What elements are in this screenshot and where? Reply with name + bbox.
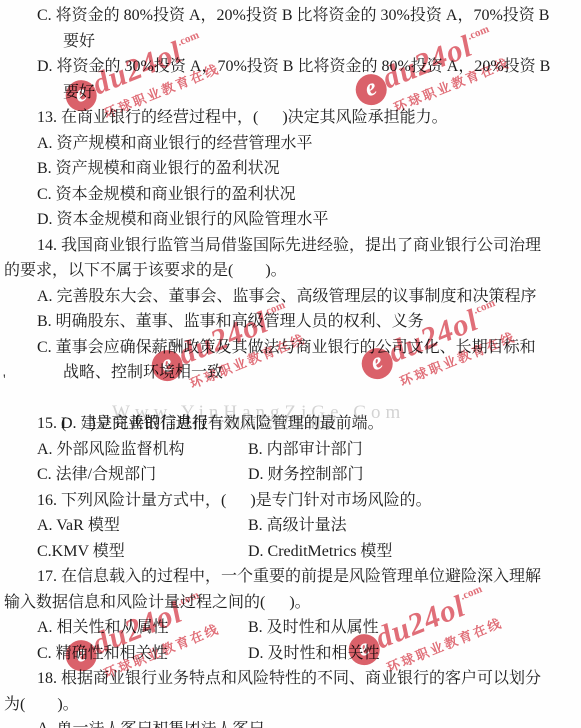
- option-line: C. 法律/合规部门: [37, 462, 156, 488]
- option-line: D. 将资金的 30%投资 A，70%投资 B 比将资金的 80%投资 A，20…: [0, 54, 578, 80]
- question-line: 18. 根据商业银行业务特点和风险特性的不同、商业银行的客户可以划分: [0, 666, 578, 692]
- option-row: C.KMV 模型 D. CreditMetrics 模型: [0, 539, 578, 565]
- option-line: C. 将资金的 80%投资 A，20%投资 B 比将资金的 30%投资 A，70…: [0, 3, 578, 29]
- question-line: 15. ( )是商业银行进行有效风险管理的最前端。: [0, 411, 578, 437]
- exam-text-block: C. 将资金的 80%投资 A，20%投资 B 比将资金的 30%投资 A，70…: [0, 3, 578, 717]
- option-line: C. 精确性和相关性: [37, 641, 168, 667]
- option-line: B. 高级计量法: [248, 513, 347, 539]
- exam-page: Www.YinHangZiGe.Com C. 将资金的 80%投资 A，20%投…: [0, 0, 581, 728]
- continuation-line: 输入数据信息和风险计量过程之间的( )。: [0, 590, 578, 616]
- option-line: D. 资本金规模和商业银行的风险管理水平: [0, 207, 578, 233]
- option-line: B. 明确股东、董事、监事和高级管理人员的权利、义务: [0, 309, 578, 335]
- option-line: D. 及时性和相关性: [248, 641, 380, 667]
- stray-mark: ': [3, 372, 6, 389]
- clipped-bottom-line: A. 单一法人客户和集团法人客户: [37, 721, 265, 728]
- continuation-line: 的要求，以下不属于该要求的是( )。: [0, 258, 578, 284]
- option-line: D. CreditMetrics 模型: [248, 539, 392, 565]
- question-line: 16. 下列风险计量方式中，( )是专门针对市场风险的。: [0, 488, 578, 514]
- question-line: 17. 在信息载入的过程中，一个重要的前提是风险管理单位避险深入理解: [0, 564, 578, 590]
- option-row: A. 外部风险监督机构 B. 内部审计部门: [0, 437, 578, 463]
- option-row: A. VaR 模型 B. 高级计量法: [0, 513, 578, 539]
- option-line: C. 董事会应确保薪酬政策及其做法与商业银行的公司文化、长期目标和: [0, 335, 578, 361]
- option-line: A. 外部风险监督机构: [37, 437, 185, 463]
- continuation-line: 战略、控制环境相一致: [0, 360, 578, 386]
- option-line: D. 建立完善的信息报告和信息披露制度: [0, 386, 578, 412]
- option-line: A. 资产规模和商业银行的经营管理水平: [0, 131, 578, 157]
- question-line: 14. 我国商业银行监管当局借鉴国际先进经验，提出了商业银行公司治理: [0, 233, 578, 259]
- option-line: A. 相关性和从属性: [37, 615, 169, 641]
- continuation-line: 为( )。: [0, 692, 578, 718]
- continuation-line: 要好: [0, 80, 578, 106]
- option-line: C. 资本金规模和商业银行的盈利状况: [0, 182, 578, 208]
- option-line: B. 及时性和从属性: [248, 615, 379, 641]
- question-line: 13. 在商业银行的经营过程中，( )决定其风险承担能力。: [0, 105, 578, 131]
- option-line: A. VaR 模型: [37, 513, 120, 539]
- option-line: D. 财务控制部门: [248, 462, 364, 488]
- option-line: A. 完善股东大会、董事会、监事会、高级管理层的议事制度和决策程序: [0, 284, 578, 310]
- option-row: C. 法律/合规部门 D. 财务控制部门: [0, 462, 578, 488]
- option-line: B. 内部审计部门: [248, 437, 363, 463]
- option-line: C.KMV 模型: [37, 539, 125, 565]
- continuation-line: 要好: [0, 29, 578, 55]
- option-line: B. 资产规模和商业银行的盈利状况: [0, 156, 578, 182]
- option-row: C. 精确性和相关性 D. 及时性和相关性: [0, 641, 578, 667]
- option-row: A. 相关性和从属性 B. 及时性和从属性: [0, 615, 578, 641]
